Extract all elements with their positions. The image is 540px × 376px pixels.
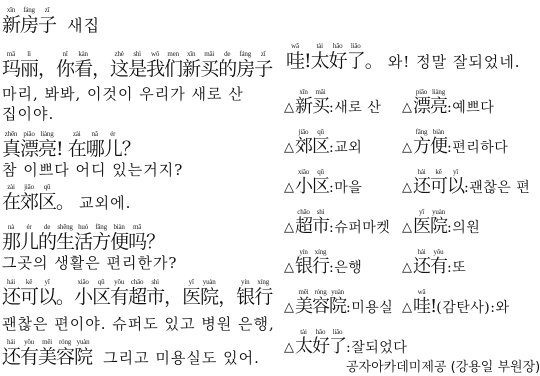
vocab-item: △郊jiāo区qū:교외: [284, 128, 362, 156]
pinyin: hái: [413, 248, 430, 256]
pinyin: mǎi: [312, 88, 329, 96]
pinyin: lì: [20, 50, 38, 58]
vocab-word: 美měi容róng院yuàn: [295, 296, 346, 317]
hanzi-with-pinyin: 便biàn: [430, 136, 447, 157]
hanzi-with-pinyin: 市shì: [146, 286, 164, 308]
pinyin: hái: [413, 168, 430, 176]
pinyin: yī: [182, 278, 200, 286]
punctuation: !: [304, 50, 311, 72]
pinyin: liǎo: [329, 328, 346, 336]
dialogue-6-korean: 그리고 미용실도 있어.: [103, 349, 260, 367]
hanzi-with-pinyin: 院yuàn: [74, 346, 92, 368]
hanzi-with-pinyin: 亮liàng: [430, 96, 447, 117]
pinyin: xíng: [312, 248, 329, 256]
vocab-word: 哇wā!: [413, 296, 436, 317]
vocab-item: △美měi容róng院yuàn:미용실: [284, 288, 393, 316]
hanzi-with-pinyin: 吗mā: [128, 231, 146, 253]
vocab-item: △还hái有yǒu:또: [402, 248, 466, 276]
vocab-meaning: :예쁘다: [447, 100, 494, 116]
triangle-bullet-icon: △: [284, 140, 294, 155]
hanzi-with-pinyin: 郊jiāo: [20, 191, 38, 213]
pinyin: wā: [413, 288, 430, 296]
vocab-meaning: :잘되었다: [346, 340, 407, 356]
hanzi-with-pinyin: 院yuàn: [200, 286, 218, 308]
vocab-word: 医yī院yuàn: [413, 216, 447, 237]
vocab-meaning: :또: [447, 260, 466, 276]
dialogue-1-chinese: 玛mǎ丽lì，你nǐ看kàn，这zhè是shì我wǒ们men新xīn买mǎi的d…: [2, 50, 272, 79]
pinyin: qū: [92, 278, 110, 286]
vocab-item: △银yín行xíng:은행: [284, 248, 362, 276]
punctuation: ，: [38, 58, 56, 80]
triangle-bullet-icon: △: [402, 140, 412, 155]
vocab-word: 漂piāo亮liàng: [413, 96, 447, 117]
pinyin: yín: [295, 248, 312, 256]
pinyin: mǎi: [200, 50, 218, 58]
hanzi-with-pinyin: 哇wā: [413, 296, 430, 317]
pinyin: piāo: [413, 88, 430, 96]
vocab-meaning: :새로 산: [329, 100, 381, 116]
exclamation-line: 哇wā!太tài好hǎo了liǎo。 와! 정말 잘되었네.: [286, 42, 521, 71]
hanzi-with-pinyin: 有yǒu: [20, 346, 38, 368]
punctuation: !: [56, 138, 68, 160]
dialogue-2-chinese: 真zhēn漂piāo亮liàng! 在zài哪nǎ儿ér？: [2, 130, 140, 159]
hanzi-with-pinyin: 有yǒu: [110, 286, 128, 308]
pinyin: wā: [286, 42, 304, 50]
pinyin: yǒu: [110, 278, 128, 286]
vocab-item: △方fāng便biàn:편리하다: [402, 128, 508, 156]
dialogue-5-chinese: 还hái可kě以yǐ。小xiǎo区qū有yǒu超chāo市shì，医yī院yuà…: [2, 278, 272, 307]
vocab-item: △还hái可kě以yǐ:괜찮은 편: [402, 168, 530, 196]
vocab-word: 新xīn买mǎi: [295, 96, 329, 117]
hanzi-with-pinyin: 子zǐ: [254, 58, 272, 80]
vocab-meaning: (감탄사):와: [436, 300, 509, 316]
hanzi-with-pinyin: 还hái: [2, 286, 20, 308]
pinyin: shēng: [56, 223, 74, 231]
hanzi-with-pinyin: 太tài: [311, 50, 329, 72]
triangle-bullet-icon: △: [284, 260, 294, 275]
lesson-title: 新xīn房fáng子zǐ 새집: [2, 6, 100, 35]
hanzi-with-pinyin: 子zǐ: [38, 14, 56, 36]
hanzi-with-pinyin: 银yín: [295, 256, 312, 277]
pinyin: de: [218, 50, 236, 58]
pinyin: měi: [38, 338, 56, 346]
dialogue-5-korean: 괜찮은 편이야. 슈퍼도 있고 병원 은행,: [2, 317, 275, 332]
triangle-bullet-icon: △: [402, 180, 412, 195]
pinyin: chāo: [128, 278, 146, 286]
hanzi-with-pinyin: 新xīn: [182, 58, 200, 80]
pinyin: zhēn: [2, 130, 20, 138]
dialogue-1-korean-line-1: 마리, 봐봐, 이것이 우리가 새로 산: [2, 87, 244, 102]
pinyin: fāng: [92, 223, 110, 231]
pinyin: yǒu: [20, 338, 38, 346]
hanzi-with-pinyin: 了liǎo: [347, 50, 365, 72]
vocab-meaning: :괜찮은 편: [464, 180, 530, 196]
hanzi-with-pinyin: 亮liàng: [38, 138, 56, 160]
pinyin: qū: [312, 168, 329, 176]
exclamation-korean: 와! 정말 잘되었네.: [388, 53, 521, 71]
pinyin: huó: [74, 223, 92, 231]
pinyin: yín: [236, 278, 254, 286]
vocab-item: △医yī院yuàn:의원: [402, 208, 480, 236]
hanzi-with-pinyin: 市shì: [312, 216, 329, 237]
vocab-word: 超chāo市shì: [295, 216, 329, 237]
hanzi-with-pinyin: 好hǎo: [312, 336, 329, 357]
pinyin: zài: [68, 130, 86, 138]
pinyin: zài: [2, 183, 20, 191]
hanzi-with-pinyin: 还hái: [2, 346, 20, 368]
hanzi-with-pinyin: 小xiǎo: [295, 176, 312, 197]
dialogue-3-korean: 교외에.: [79, 194, 131, 212]
punctuation: 。: [56, 191, 74, 213]
vocab-word: 银yín行xíng: [295, 256, 329, 277]
pinyin: biàn: [110, 223, 128, 231]
vocab-meaning: :마을: [329, 180, 362, 196]
hanzi-with-pinyin: 方fāng: [92, 231, 110, 253]
pinyin: jiāo: [20, 183, 38, 191]
punctuation: 。: [365, 50, 383, 72]
pinyin: qū: [38, 183, 56, 191]
vocab-item: △新xīn买mǎi:새로 산: [284, 88, 381, 116]
triangle-bullet-icon: △: [284, 220, 294, 235]
hanzi-with-pinyin: 还hái: [413, 176, 430, 197]
pinyin: yuàn: [74, 338, 92, 346]
hanzi-with-pinyin: 方fāng: [413, 136, 430, 157]
pinyin: xiǎo: [74, 278, 92, 286]
hanzi-with-pinyin: 还hái: [413, 256, 430, 277]
hanzi-with-pinyin: 新xīn: [295, 96, 312, 117]
hanzi-with-pinyin: 活huó: [74, 231, 92, 253]
hanzi-with-pinyin: 哇wā: [286, 50, 304, 72]
pinyin: nǎ: [86, 130, 104, 138]
hanzi-with-pinyin: 银yín: [236, 286, 254, 308]
pinyin: shì: [146, 278, 164, 286]
pinyin: biàn: [430, 128, 447, 136]
hanzi-with-pinyin: 以yǐ: [447, 176, 464, 197]
hanzi-with-pinyin: 新xīn: [2, 14, 20, 36]
punctuation: ，: [164, 286, 182, 308]
hanzi-with-pinyin: 院yuàn: [430, 216, 447, 237]
hanzi-with-pinyin: 儿ér: [20, 231, 38, 253]
pinyin: xīn: [2, 6, 20, 14]
pinyin: yuàn: [329, 288, 346, 296]
credit-line: 공자아카데미제공 (강용일 부원장): [346, 356, 540, 375]
hanzi-with-pinyin: 儿ér: [104, 138, 122, 160]
hanzi-with-pinyin: 郊jiāo: [295, 136, 312, 157]
pinyin: hǎo: [329, 42, 347, 50]
pinyin: róng: [312, 288, 329, 296]
triangle-bullet-icon: △: [284, 180, 294, 195]
hanzi-with-pinyin: 漂piāo: [413, 96, 430, 117]
pinyin: xíng: [254, 278, 272, 286]
vocab-meaning: :교외: [329, 140, 362, 156]
hanzi-with-pinyin: 那nà: [2, 231, 20, 253]
hanzi-with-pinyin: 小xiǎo: [74, 286, 92, 308]
pinyin: liǎo: [347, 42, 365, 50]
hanzi-with-pinyin: 漂piāo: [20, 138, 38, 160]
pinyin: hái: [2, 338, 20, 346]
hanzi-with-pinyin: 太tài: [295, 336, 312, 357]
pinyin: tài: [295, 328, 312, 336]
hanzi-with-pinyin: 在zài: [2, 191, 20, 213]
pinyin: chāo: [295, 208, 312, 216]
hanzi-with-pinyin: 是shì: [128, 58, 146, 80]
hanzi-with-pinyin: 美měi: [38, 346, 56, 368]
dialogue-1-korean-line-2: 집이야.: [2, 107, 54, 122]
triangle-bullet-icon: △: [284, 340, 294, 355]
hanzi-with-pinyin: 可kě: [20, 286, 38, 308]
triangle-bullet-icon: △: [284, 100, 294, 115]
vocab-meaning: :의원: [447, 220, 480, 236]
punctuation: ，: [218, 286, 236, 308]
hanzi-with-pinyin: 的de: [38, 231, 56, 253]
hanzi-with-pinyin: 玛mǎ: [2, 58, 20, 80]
hanzi-with-pinyin: 买mǎi: [200, 58, 218, 80]
punctuation: ？: [122, 138, 140, 160]
pinyin: hǎo: [312, 328, 329, 336]
hanzi-with-pinyin: 看kàn: [74, 58, 92, 80]
hanzi-with-pinyin: 丽lì: [20, 58, 38, 80]
hanzi-with-pinyin: 房fáng: [20, 14, 38, 36]
vocab-meaning: :편리하다: [447, 140, 508, 156]
pinyin: zǐ: [38, 6, 56, 14]
hanzi-with-pinyin: 房fáng: [236, 58, 254, 80]
pinyin: piāo: [20, 130, 38, 138]
vocab-meaning: :미용실: [346, 300, 393, 316]
hanzi-with-pinyin: 超chāo: [295, 216, 312, 237]
pinyin: yǐ: [38, 278, 56, 286]
hanzi-with-pinyin: 美měi: [295, 296, 312, 317]
dialogue-2-korean: 참 이쁘다 어디 있는거지?: [2, 163, 183, 178]
hanzi-with-pinyin: 们men: [164, 58, 182, 80]
pinyin: fāng: [413, 128, 430, 136]
pinyin: mā: [128, 223, 146, 231]
pinyin: kě: [20, 278, 38, 286]
punctuation: ？: [146, 231, 164, 253]
vocab-word: 郊jiāo区qū: [295, 136, 329, 157]
triangle-bullet-icon: △: [402, 100, 412, 115]
hanzi-with-pinyin: 便biàn: [110, 231, 128, 253]
pinyin: yī: [413, 208, 430, 216]
hanzi-with-pinyin: 容róng: [56, 346, 74, 368]
vocab-word: 小xiǎo区qū: [295, 176, 329, 197]
hanzi-with-pinyin: 医yī: [413, 216, 430, 237]
pinyin: yǒu: [430, 248, 447, 256]
hanzi-with-pinyin: 哪nǎ: [86, 138, 104, 160]
vocab-item: △太tài好hǎo了liǎo:잘되었다: [284, 328, 407, 356]
punctuation: 。: [56, 286, 74, 308]
pinyin: qū: [312, 128, 329, 136]
vocab-word: 太tài好hǎo了liǎo: [295, 336, 346, 357]
hanzi-with-pinyin: 的de: [218, 58, 236, 80]
pinyin: nǐ: [56, 50, 74, 58]
pinyin: xiǎo: [295, 168, 312, 176]
pinyin: róng: [56, 338, 74, 346]
pinyin: wǒ: [146, 50, 164, 58]
triangle-bullet-icon: △: [284, 300, 294, 315]
hanzi-with-pinyin: 有yǒu: [430, 256, 447, 277]
pinyin: fáng: [236, 50, 254, 58]
dialogue-6: 还hái有yǒu美měi容róng院yuàn 그리고 미용실도 있어.: [2, 338, 260, 367]
hanzi-with-pinyin: 我wǒ: [146, 58, 164, 80]
hanzi-with-pinyin: 行xíng: [312, 256, 329, 277]
pinyin: de: [38, 223, 56, 231]
hanzi-with-pinyin: 医yī: [182, 286, 200, 308]
hanzi-with-pinyin: 以yǐ: [38, 286, 56, 308]
pinyin: jiāo: [295, 128, 312, 136]
pinyin: kě: [430, 168, 447, 176]
hanzi-with-pinyin: 区qū: [92, 286, 110, 308]
hanzi-with-pinyin: 在zài: [68, 138, 86, 160]
pinyin: mǎ: [2, 50, 20, 58]
pinyin: nà: [2, 223, 20, 231]
hanzi-with-pinyin: 院yuàn: [329, 296, 346, 317]
punctuation: ，: [92, 58, 110, 80]
vocab-word: 方fāng便biàn: [413, 136, 447, 157]
pinyin: ér: [20, 223, 38, 231]
hanzi-with-pinyin: 生shēng: [56, 231, 74, 253]
pinyin: xīn: [295, 88, 312, 96]
pinyin: tài: [311, 42, 329, 50]
hanzi-with-pinyin: 区qū: [38, 191, 56, 213]
dialogue-4-korean: 그곳의 생활은 편리한가?: [2, 256, 177, 271]
hanzi-with-pinyin: 这zhè: [110, 58, 128, 80]
vocab-word: 还hái可kě以yǐ: [413, 176, 464, 197]
dialogue-3: 在zài郊jiāo区qū。 교외에.: [2, 183, 131, 212]
hanzi-with-pinyin: 区qū: [312, 176, 329, 197]
vocab-meaning: :슈퍼마켓: [329, 220, 390, 236]
hanzi-with-pinyin: 买mǎi: [312, 96, 329, 117]
triangle-bullet-icon: △: [402, 300, 412, 315]
pinyin: yuàn: [200, 278, 218, 286]
hanzi-with-pinyin: 可kě: [430, 176, 447, 197]
hanzi-with-pinyin: 你nǐ: [56, 58, 74, 80]
pinyin: xīn: [182, 50, 200, 58]
pinyin: shì: [312, 208, 329, 216]
vocab-word: 还hái有yǒu: [413, 256, 447, 277]
hanzi-with-pinyin: 容róng: [312, 296, 329, 317]
hanzi-with-pinyin: 好hǎo: [329, 50, 347, 72]
vocab-item: △超chāo市shì:슈퍼마켓: [284, 208, 390, 236]
vocab-item: △哇wā!(감탄사):와: [402, 288, 509, 316]
pinyin: liàng: [38, 130, 56, 138]
dialogue-4-chinese: 那nà儿ér的de生shēng活huó方fāng便biàn吗mā？: [2, 223, 164, 252]
vocab-item: △漂piāo亮liàng:예쁘다: [402, 88, 494, 116]
pinyin: kàn: [74, 50, 92, 58]
pinyin: zhè: [110, 50, 128, 58]
pinyin: yǐ: [447, 168, 464, 176]
triangle-bullet-icon: △: [402, 220, 412, 235]
pinyin: ér: [104, 130, 122, 138]
pinyin: hái: [2, 278, 20, 286]
pinyin: liàng: [430, 88, 447, 96]
pinyin: měi: [295, 288, 312, 296]
pinyin: yuàn: [430, 208, 447, 216]
pinyin: zǐ: [254, 50, 272, 58]
hanzi-with-pinyin: 了liǎo: [329, 336, 346, 357]
hanzi-with-pinyin: 行xíng: [254, 286, 272, 308]
vocab-item: △小xiǎo区qū:마을: [284, 168, 362, 196]
pinyin: fáng: [20, 6, 38, 14]
hanzi-with-pinyin: 超chāo: [128, 286, 146, 308]
pinyin: shì: [128, 50, 146, 58]
pinyin: men: [164, 50, 182, 58]
vocab-meaning: :은행: [329, 260, 362, 276]
triangle-bullet-icon: △: [402, 260, 412, 275]
hanzi-with-pinyin: 真zhēn: [2, 138, 20, 160]
title-chinese: 新xīn房fáng子zǐ: [2, 14, 56, 36]
hanzi-with-pinyin: 区qū: [312, 136, 329, 157]
title-korean: 새집: [67, 16, 100, 35]
